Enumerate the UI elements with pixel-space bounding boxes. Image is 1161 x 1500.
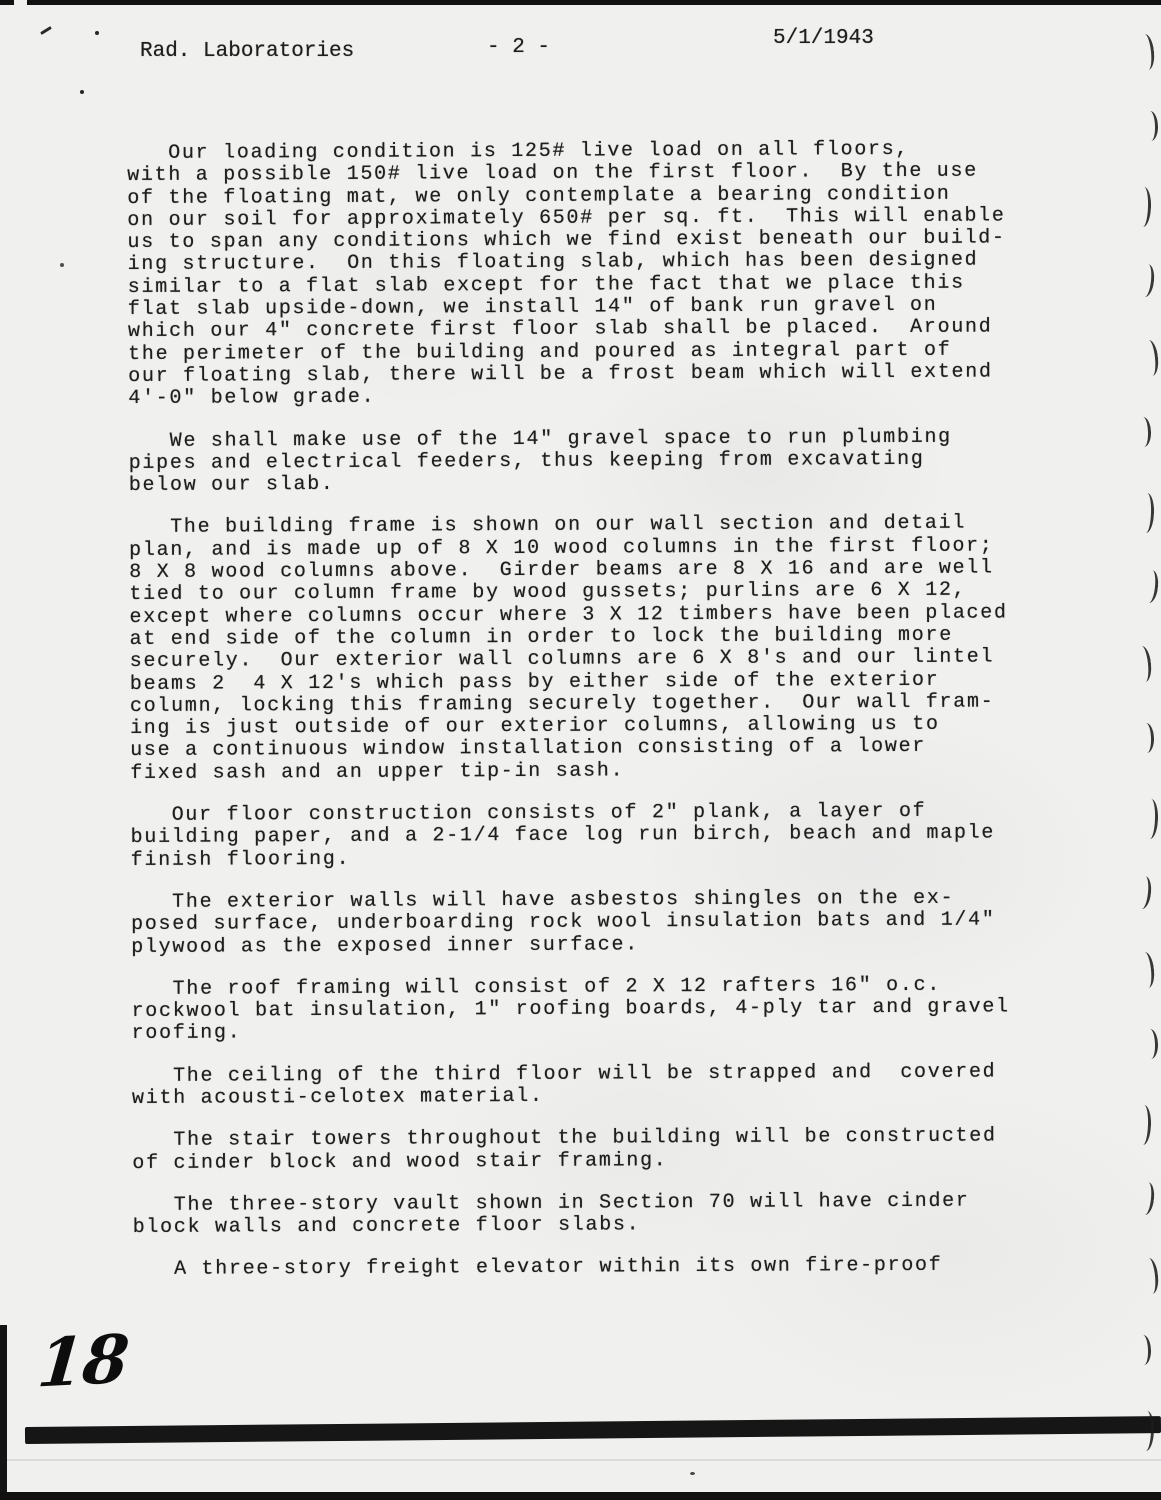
bottom-edge-scan-bar bbox=[0, 1492, 1161, 1500]
left-edge-scan-strip bbox=[0, 1325, 7, 1500]
edge-mark-icon bbox=[1142, 1028, 1158, 1059]
edge-mark-icon bbox=[1134, 645, 1153, 682]
edge-mark-icon bbox=[1142, 110, 1158, 141]
paragraph-loading-condition: Our loading condition is 125# live load … bbox=[127, 138, 1058, 410]
edge-mark-icon bbox=[1135, 187, 1151, 227]
paragraph-freight-elevator: A three-story freight elevator within it… bbox=[133, 1255, 1063, 1282]
edge-mark-icon bbox=[1135, 416, 1151, 447]
pen-stroke-mark bbox=[40, 26, 52, 35]
header-date: 5/1/1943 bbox=[773, 27, 874, 50]
top-edge-scan-bar bbox=[0, 0, 1161, 5]
edge-mark-icon bbox=[1134, 875, 1152, 909]
edge-mark-icon bbox=[1141, 339, 1160, 376]
handwritten-page-number: 18 bbox=[35, 1319, 132, 1402]
redaction-bar bbox=[25, 1416, 1161, 1444]
ink-speck bbox=[60, 263, 64, 267]
ink-speck bbox=[690, 1472, 695, 1475]
document-body: Our loading condition is 125# live load … bbox=[127, 138, 1063, 1302]
edge-mark-icon bbox=[1137, 263, 1155, 297]
paragraph-exterior-walls: The exterior walls will have asbestos sh… bbox=[131, 887, 1061, 959]
paragraph-building-frame: The building frame is shown on our wall … bbox=[129, 513, 1060, 785]
paragraph-roof-framing: The roof framing will consist of 2 X 12 … bbox=[131, 974, 1061, 1046]
paragraph-vault: The three-story vault shown in Section 7… bbox=[133, 1190, 1063, 1239]
header-page-number: - 2 - bbox=[487, 36, 550, 59]
edge-mark-icon bbox=[1141, 569, 1159, 603]
edge-mark-icon bbox=[1135, 1105, 1151, 1145]
top-edge-notch bbox=[14, 0, 27, 5]
paragraph-gravel-space: We shall make use of the 14" gravel spac… bbox=[129, 426, 1059, 498]
edge-mark-icon bbox=[1137, 951, 1156, 988]
edge-mark-icon bbox=[1137, 1181, 1155, 1215]
edge-mark-icon bbox=[1141, 1257, 1160, 1294]
header-organization: Rad. Laboratories bbox=[140, 40, 354, 63]
edge-mark-icon bbox=[1142, 799, 1158, 839]
paragraph-floor-construction: Our floor construction consists of 2" pl… bbox=[130, 800, 1060, 872]
scanned-page: { "document": { "header": { "organizatio… bbox=[0, 0, 1161, 1500]
ink-speck bbox=[80, 90, 84, 94]
edge-mark-icon bbox=[1135, 1334, 1151, 1365]
ink-speck bbox=[95, 31, 99, 35]
edge-mark-icon bbox=[1138, 722, 1154, 753]
paragraph-stair-towers: The stair towers throughout the building… bbox=[132, 1125, 1062, 1174]
paragraph-ceiling: The ceiling of the third floor will be s… bbox=[132, 1061, 1062, 1110]
edge-mark-icon bbox=[1138, 493, 1154, 533]
scan-fold-line bbox=[0, 1459, 1161, 1461]
edge-mark-icon bbox=[1137, 33, 1156, 70]
